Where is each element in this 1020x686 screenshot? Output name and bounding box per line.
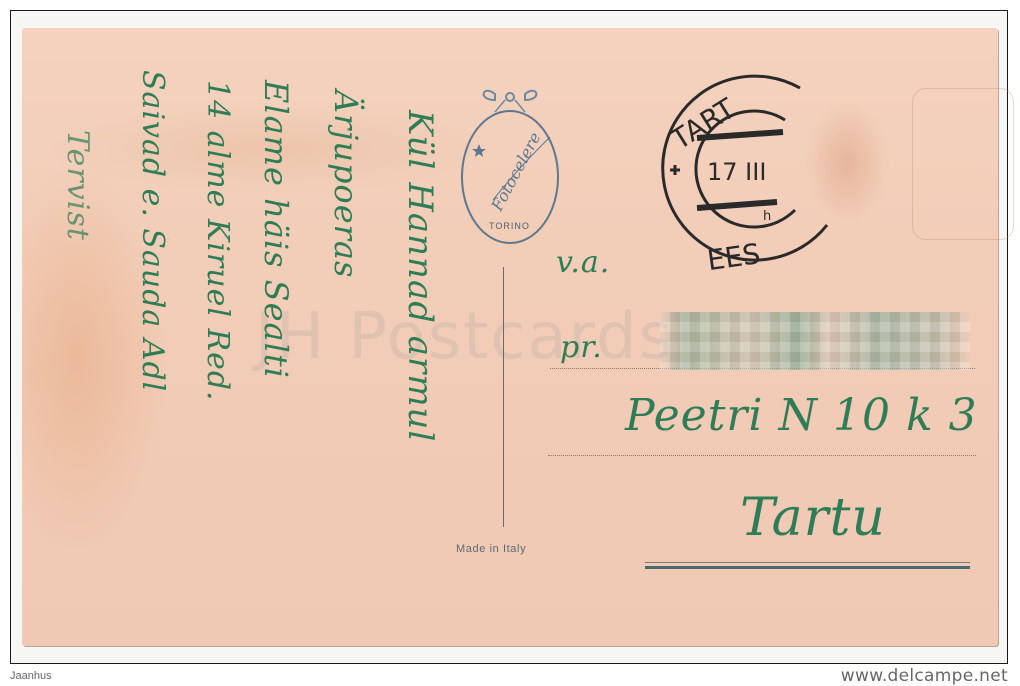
postmark-date: 17 III: [707, 158, 766, 186]
postmark-hour: h: [763, 209, 771, 224]
made-in-label: Made in Italy: [456, 543, 526, 555]
message-line-2: Ärjupoeras: [327, 90, 365, 278]
removed-stamp-outline: [912, 88, 1014, 240]
address-rule-2: [548, 455, 976, 456]
message-line-5: Saivad e. Sauda Adl: [135, 70, 170, 392]
publisher-city: TORINO: [489, 221, 530, 231]
address-line-1: v.a.: [556, 245, 610, 280]
message-line-4: 14 alme Kiruel Red.: [200, 80, 235, 402]
address-line-3: Peetri N 10 k 3: [625, 390, 978, 441]
message-line-6: Tervist: [60, 130, 95, 241]
postmark-country: EES: [705, 237, 762, 275]
message-line-3: Elame häis Sealti: [257, 80, 295, 379]
redacted-name: [660, 312, 970, 370]
address-line-4: Tartu: [740, 488, 886, 548]
postmark: TART 17 III h EES: [645, 60, 845, 275]
postmark-town: TART: [665, 91, 742, 156]
divider-line: [503, 267, 504, 527]
address-line-2-prefix: pr.: [560, 330, 603, 365]
site-watermark[interactable]: www.delcampe.net: [841, 666, 1008, 686]
address-rule-3-thick: [645, 566, 970, 569]
publisher-logo: Fotocelere TORINO: [455, 82, 565, 247]
star-icon: [472, 144, 486, 157]
message-line-1: Kül Hannad armul: [400, 110, 440, 442]
watermark: JH Postcards: [255, 300, 674, 374]
seller-name: Jaanhus: [10, 670, 52, 682]
address-rule-3: [645, 562, 970, 563]
